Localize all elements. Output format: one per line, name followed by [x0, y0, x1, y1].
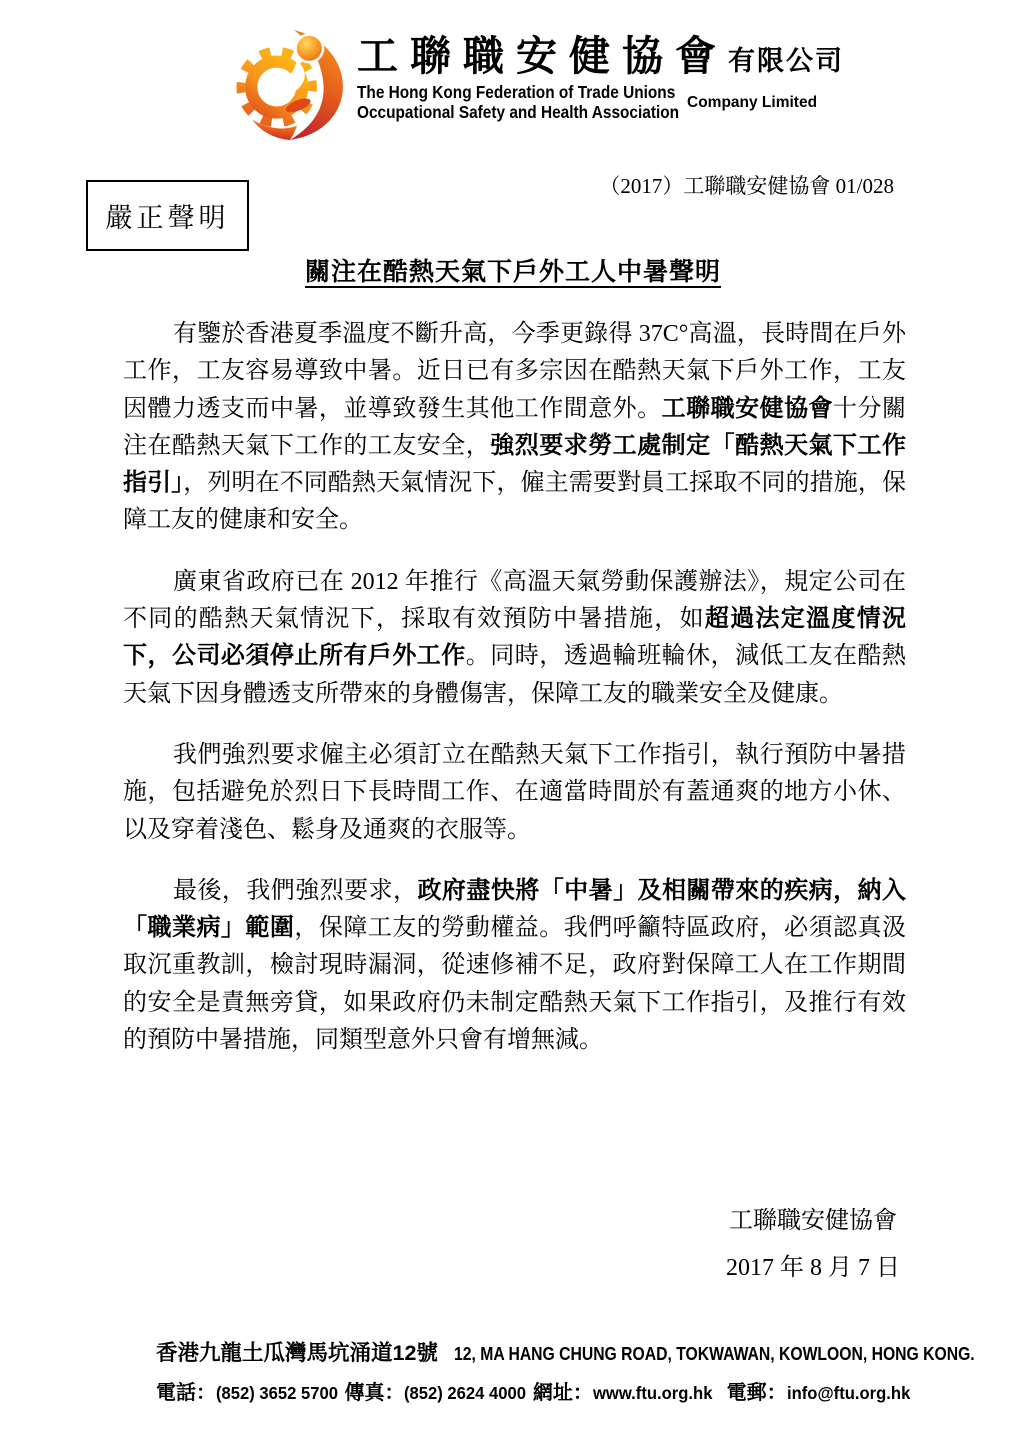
body-text: 我們強烈要求僱主必須訂立在酷熱天氣下工作指引，執行預防中暑措施，包括避免於烈日下…	[123, 742, 906, 843]
body-paragraph: 我們強烈要求僱主必須訂立在酷熱天氣下工作指引，執行預防中暑措施，包括避免於烈日下…	[123, 737, 906, 849]
document-body: 有鑒於香港夏季溫度不斷升高，今季更錄得 37C°高溫，長時間在戶外工作，工友容易…	[123, 316, 906, 1083]
footer-address-chinese: 香港九龍土瓜灣馬坑涌道12號	[156, 1336, 438, 1367]
org-suffix-chinese: 有限公司	[728, 39, 844, 78]
document-page: 工聯職安健協會 有限公司 The Hong Kong Federation of…	[0, 0, 1026, 1450]
letterhead: 工聯職安健協會 有限公司 The Hong Kong Federation of…	[236, 28, 844, 142]
body-text-bold: 工聯職安健協會	[662, 396, 833, 422]
footer-fax-label: 傳真：	[344, 1382, 404, 1404]
signature-org: 工聯職安健協會	[726, 1198, 900, 1245]
footer-web-label: 網址：	[533, 1382, 593, 1404]
org-suffix-english: Company Limited	[687, 94, 817, 112]
footer-address-line: 香港九龍土瓜灣馬坑涌道12號 12, MA HANG CHUNG ROAD, T…	[156, 1336, 916, 1367]
footer-web-email: 網址：www.ftu.org.hk電郵：info@ftu.org.hk	[533, 1376, 917, 1405]
footer-email-label: 電郵：	[727, 1382, 787, 1404]
document-title-text: 關注在酷熱天氣下戶外工人中暑聲明	[305, 259, 721, 286]
footer-phone: 電話：(852) 3652 5700	[156, 1376, 344, 1405]
reference-number: （2017）工聯職安健協會 01/028	[599, 170, 894, 200]
statement-label: 嚴正聲明	[106, 196, 230, 235]
signature-block: 工聯職安健協會 2017 年 8 月 7 日	[726, 1198, 900, 1292]
footer-phone-label: 電話：	[156, 1382, 216, 1404]
footer-phone-value: (852) 3652 5700	[216, 1383, 338, 1404]
org-logo-icon	[236, 28, 350, 142]
body-text: ，列明在不同酷熱天氣情況下，僱主需要對員工採取不同的措施，保障工友的健康和安全。	[123, 470, 906, 533]
body-paragraph: 廣東省政府已在 2012 年推行《高溫天氣勞動保護辦法》，規定公司在不同的酷熱天…	[123, 564, 906, 713]
body-text: 最後，我們強烈要求，	[173, 878, 417, 904]
footer-web-value: www.ftu.org.hk	[593, 1383, 712, 1404]
org-name-chinese: 工聯職安健協會	[357, 34, 728, 79]
body-paragraph: 有鑒於香港夏季溫度不斷升高，今季更錄得 37C°高溫，長時間在戶外工作，工友容易…	[123, 316, 906, 540]
footer-fax: 傳真：(852) 2624 4000	[344, 1376, 532, 1405]
footer-email-value: info@ftu.org.hk	[787, 1383, 910, 1404]
footer-contact-line: 電話：(852) 3652 5700 傳真：(852) 2624 4000 網址…	[156, 1376, 916, 1405]
org-name-block: 工聯職安健協會 有限公司 The Hong Kong Federation of…	[357, 28, 844, 142]
footer-address-english: 12, MA HANG CHUNG ROAD, TOKWAWAN, KOWLOO…	[454, 1343, 975, 1365]
footer: 香港九龍土瓜灣馬坑涌道12號 12, MA HANG CHUNG ROAD, T…	[156, 1336, 916, 1405]
statement-label-box: 嚴正聲明	[86, 180, 249, 251]
body-paragraph: 最後，我們強烈要求，政府盡快將「中暑」及相關帶來的疾病，納入「職業病」範圍，保障…	[123, 873, 906, 1059]
footer-fax-value: (852) 2624 4000	[404, 1383, 526, 1404]
signature-date: 2017 年 8 月 7 日	[726, 1245, 900, 1292]
document-title: 關注在酷熱天氣下戶外工人中暑聲明	[0, 252, 1026, 288]
